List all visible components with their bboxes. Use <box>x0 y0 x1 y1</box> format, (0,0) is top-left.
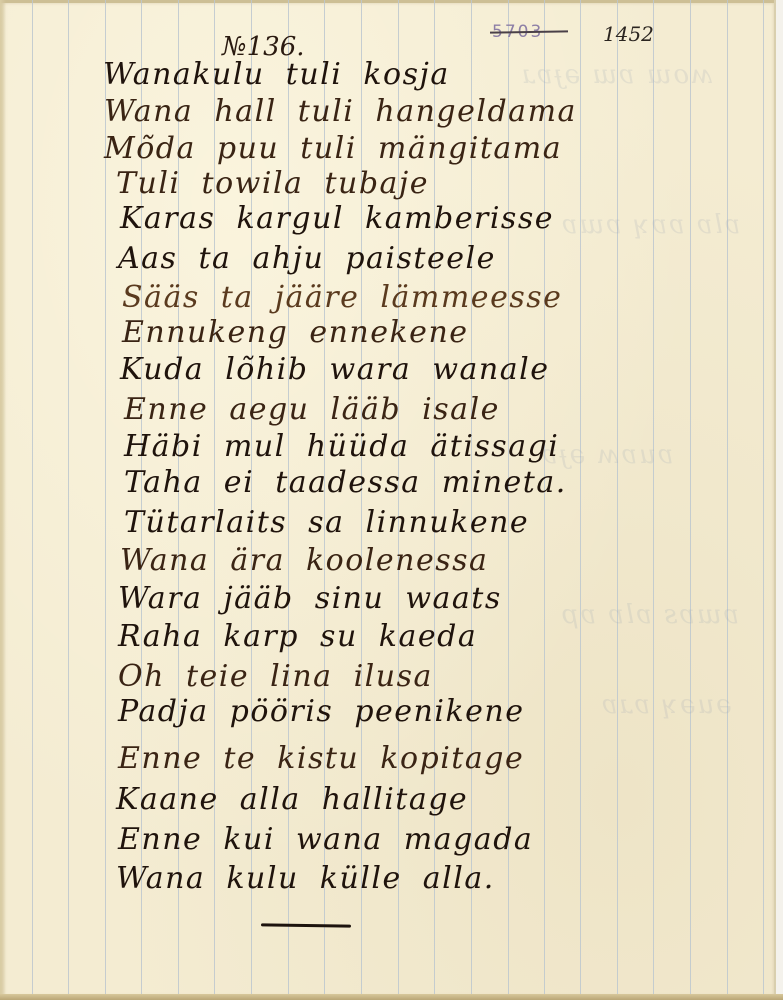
verse-line: Enne te kistu kopitage <box>118 742 524 776</box>
verse-line: Enne aegu lääb isale <box>124 393 500 427</box>
rule-line <box>617 0 618 997</box>
rule-line <box>727 0 728 997</box>
bleed-through-text: ʍoɯ ɐɯ ǝɟɐɹ <box>520 60 713 90</box>
rule-line <box>653 0 654 997</box>
verse-line: Wana hall tuli hangeldama <box>104 95 577 129</box>
rule-line <box>32 0 33 997</box>
closing-rule-mark <box>261 923 351 927</box>
verse-line: Häbi mul hüüda ätissagi <box>124 430 559 464</box>
verse-line: Wana kulu külle alla. <box>116 862 495 896</box>
verse-line: Raha karp su kaeda <box>118 620 477 654</box>
bleed-through-text: ǝuǝʞ ɐɹɐ <box>600 690 732 720</box>
manuscript-page: ʍoɯ ɐɯ ǝɟɐɹ ɐlɐ ɐɐʞ ɐɯɐ ɐuɐʍ ǝɟɐ ɐɯɐs ɐl… <box>0 0 776 1000</box>
verse-line: Kaane alla hallitage <box>116 783 468 817</box>
verse-line: Wara jääb sinu waats <box>118 582 502 616</box>
verse-line: Aas ta ahju paisteele <box>118 242 496 276</box>
verse-line: Tuli towila tubaje <box>116 167 429 201</box>
page-left-edge <box>0 0 6 997</box>
rule-line <box>68 0 69 997</box>
verse-line: Oh teie lina ilusa <box>118 660 433 694</box>
verse-line: Sääs ta jääre lämmeesse <box>122 281 562 315</box>
verse-line: Mõda puu tuli mängitama <box>104 132 562 166</box>
rule-line <box>580 0 581 997</box>
catalog-number: 1452 <box>603 22 654 46</box>
verse-line: Padja pööris peenikene <box>118 695 524 729</box>
verse-line: Taha ei taadessa mineta. <box>124 466 567 500</box>
verse-line: Kuda lõhib wara wanale <box>120 353 549 387</box>
verse-line: Wanakulu tuli kosja <box>103 58 450 92</box>
rule-line <box>763 0 764 997</box>
verse-line: Ennukeng ennekene <box>122 316 469 350</box>
page-stack-edge <box>0 994 783 1000</box>
verse-line: Karas kargul kamberisse <box>120 202 554 236</box>
verse-line: Tütarlaits sa linnukene <box>124 506 529 540</box>
bleed-through-text: ɐɯɐs ɐlɐ ɐp <box>560 600 739 630</box>
bleed-through-text: ɐlɐ ɐɐʞ ɐɯɐ <box>560 210 740 240</box>
page-top-edge <box>0 0 774 3</box>
verse-line: Wana ära koolenessa <box>120 544 488 578</box>
rule-line <box>690 0 691 997</box>
verse-line: Enne kui wana magada <box>118 823 533 857</box>
